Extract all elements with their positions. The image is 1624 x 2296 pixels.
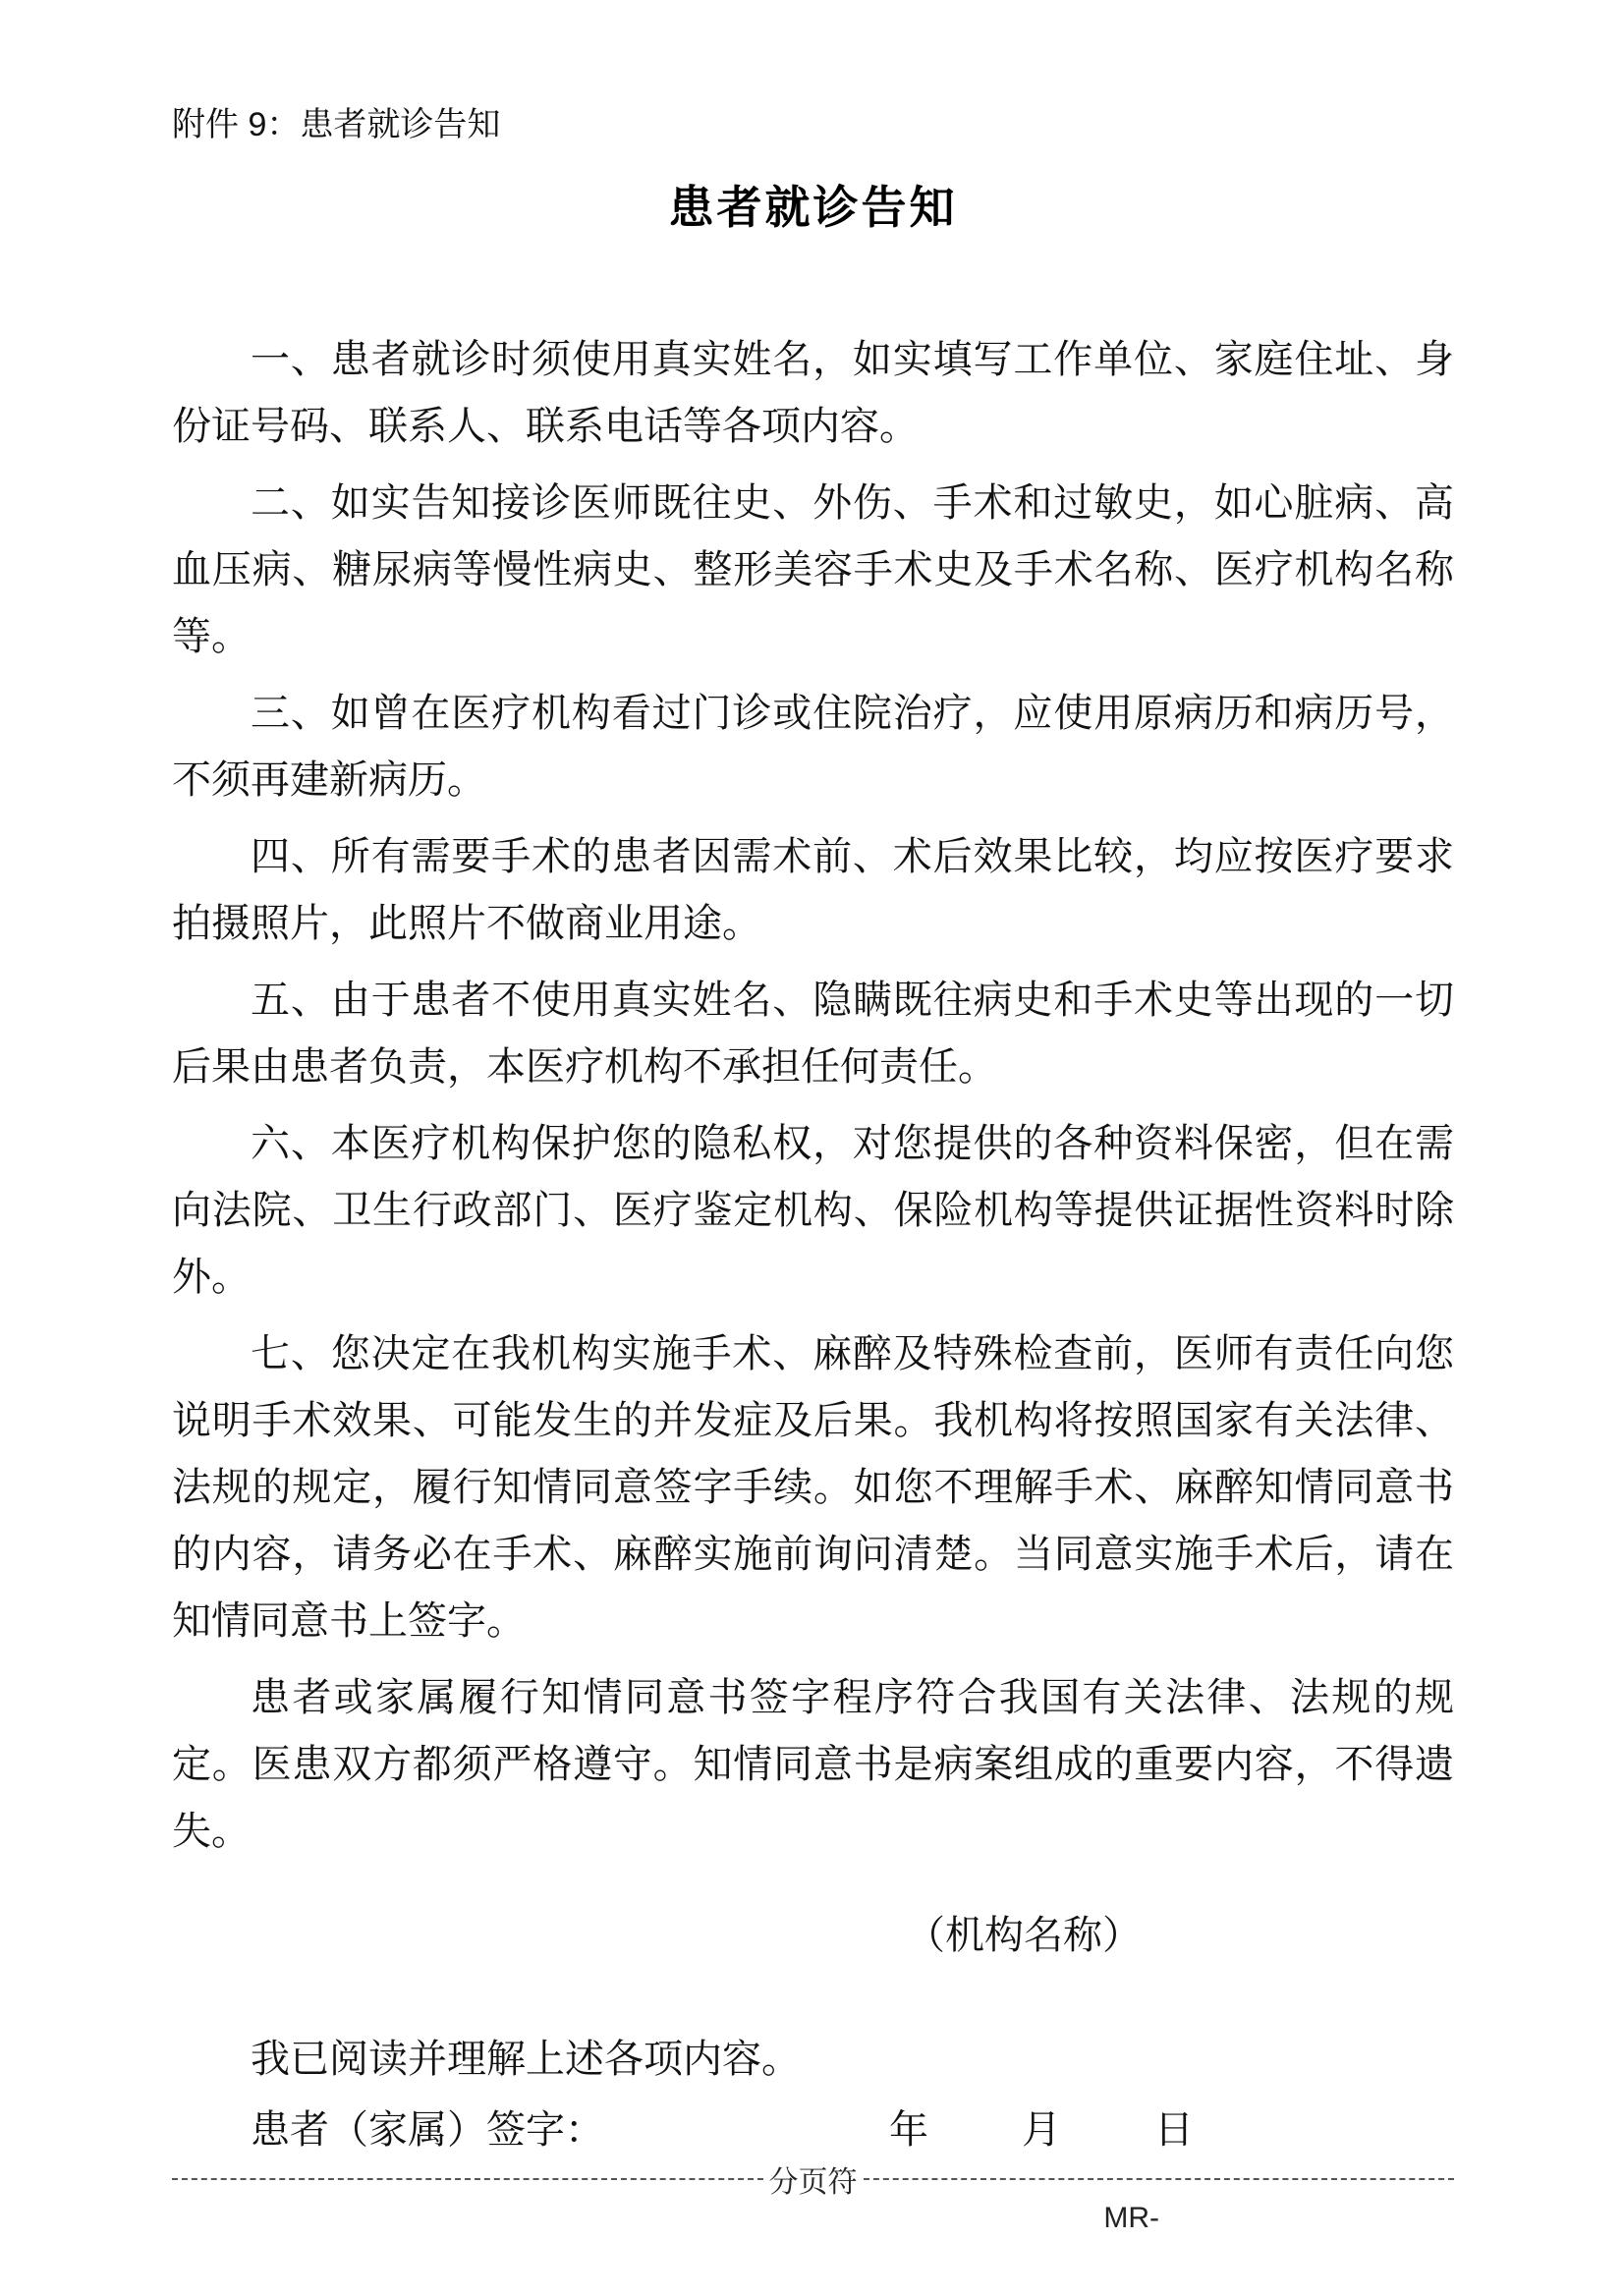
signature-row: 患者（家属）签字： 年 月 日	[172, 2100, 1454, 2159]
notice-paragraph-4: 四、所有需要手术的患者因需术前、术后效果比较，均应按医疗要求拍摄照片，此照片不做…	[172, 823, 1454, 957]
date-group: 年 月 日	[889, 2100, 1194, 2159]
notice-body: 一、患者就诊时须使用真实姓名，如实填写工作单位、家庭住址、身份证号码、联系人、联…	[172, 326, 1454, 1865]
page-title: 患者就诊告知	[172, 180, 1454, 235]
date-month-label: 月	[1022, 2100, 1061, 2159]
attachment-label: 附件 9：患者就诊告知	[172, 0, 1454, 146]
notice-paragraph-5: 五、由于患者不使用真实姓名、隐瞒既往病史和手术史等出现的一切后果由患者负责，本医…	[172, 967, 1454, 1100]
org-name-placeholder: （机构名称）	[172, 1906, 1454, 1965]
notice-paragraph-6: 六、本医疗机构保护您的隐私权，对您提供的各种资料保密，但在需向法院、卫生行政部门…	[172, 1110, 1454, 1311]
date-day-label: 日	[1154, 2100, 1194, 2159]
signature-label: 患者（家属）签字：	[172, 2100, 604, 2159]
divider-dash-left	[172, 2178, 763, 2180]
notice-paragraph-2: 二、如实告知接诊医师既往史、外伤、手术和过敏史，如心脏病、高血压病、糖尿病等慢性…	[172, 470, 1454, 670]
notice-paragraph-8: 患者或家属履行知情同意书签字程序符合我国有关法律、法规的规定。医患双方都须严格遵…	[172, 1664, 1454, 1865]
divider-dash-right	[864, 2178, 1455, 2180]
acknowledgement-line: 我已阅读并理解上述各项内容。	[172, 2030, 1454, 2089]
notice-paragraph-7: 七、您决定在我机构实施手术、麻醉及特殊检查前，医师有责任向您说明手术效果、可能发…	[172, 1320, 1454, 1654]
notice-paragraph-3: 三、如曾在医疗机构看过门诊或住院治疗，应使用原病历和病历号，不须再建新病历。	[172, 680, 1454, 813]
medical-record-code: MR-	[172, 2199, 1454, 2238]
document-page: 附件 9：患者就诊告知 患者就诊告知 一、患者就诊时须使用真实姓名，如实填写工作…	[0, 0, 1624, 2296]
page-break-label: 分页符	[763, 2157, 864, 2201]
date-year-label: 年	[889, 2100, 928, 2159]
notice-paragraph-1: 一、患者就诊时须使用真实姓名，如实填写工作单位、家庭住址、身份证号码、联系人、联…	[172, 326, 1454, 460]
page-break-divider: 分页符	[172, 2159, 1454, 2199]
